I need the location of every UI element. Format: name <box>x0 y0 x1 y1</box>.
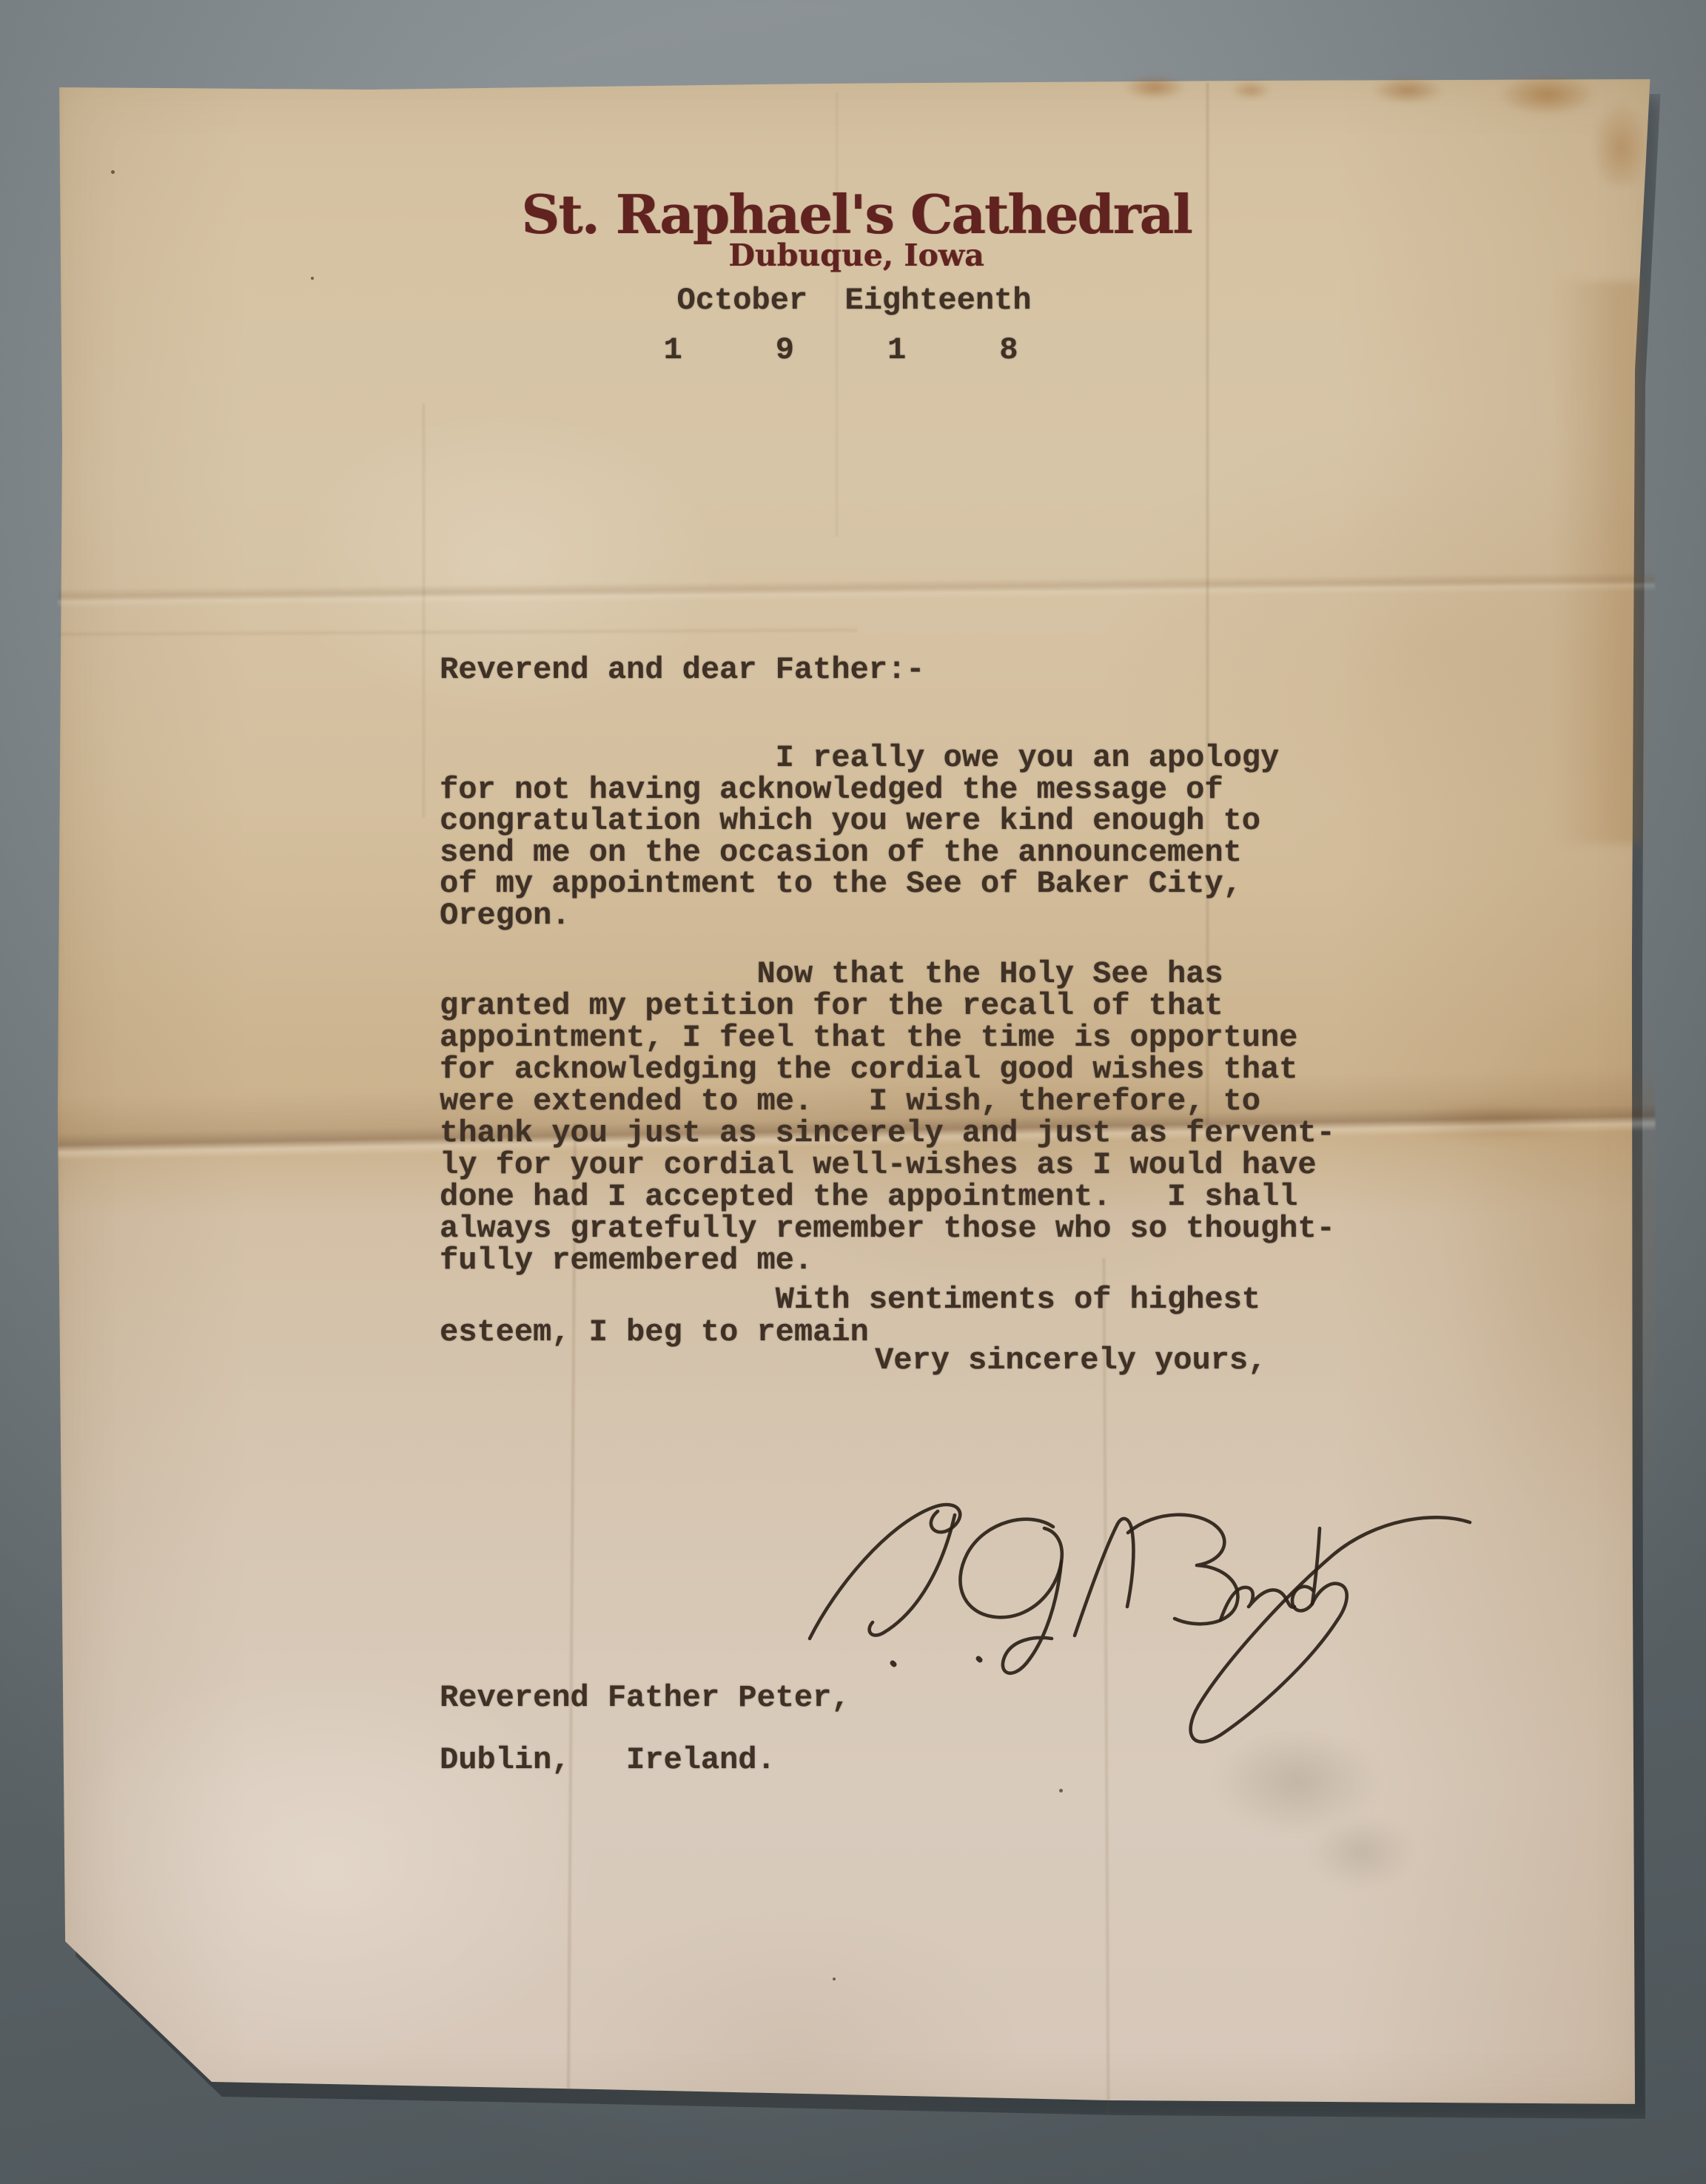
paragraph-1: I really owe you an apology for not havi… <box>440 742 1279 931</box>
letterhead-location: Dubuque, Iowa <box>728 238 984 272</box>
letterhead-title: St. Raphael's Cathedral <box>521 188 1191 241</box>
signature-strokes <box>810 1505 1470 1741</box>
paper-speck <box>833 1978 836 1980</box>
addressee-block: Reverend Father Peter, Dublin, Ireland. <box>440 1682 850 1775</box>
salutation: Reverend and dear Father:- <box>440 653 924 686</box>
photo-of-letter: { "letterhead": { "title": "St. Raphael'… <box>0 0 1706 2184</box>
closing-lines: With sentiments of highest esteem, I beg… <box>440 1284 1260 1348</box>
paper-speck <box>111 170 115 174</box>
date-year: 1 9 1 8 <box>664 335 1018 366</box>
date-month-day: October Eighteenth <box>677 285 1032 317</box>
valediction: Very sincerely yours, <box>875 1344 1266 1377</box>
signature-handwriting: T. G. Brady <box>777 1465 1502 1821</box>
paper-speck <box>311 277 314 280</box>
paragraph-2: Now that the Holy See has granted my pet… <box>440 958 1335 1277</box>
